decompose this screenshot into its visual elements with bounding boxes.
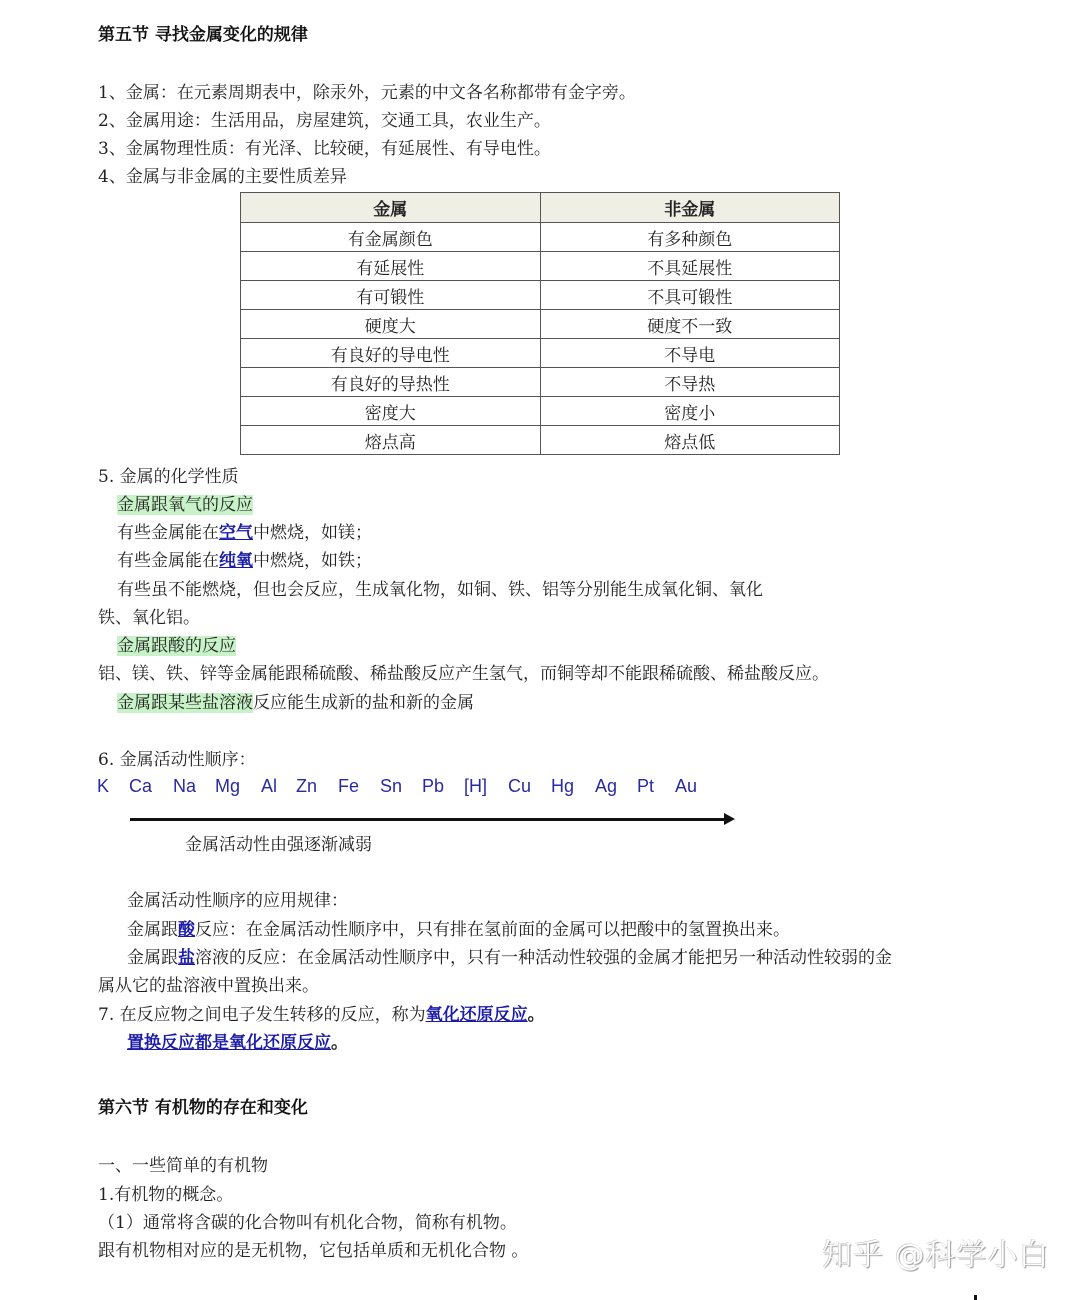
- element-symbol: Mg: [215, 776, 240, 797]
- text: 金属跟: [127, 948, 178, 968]
- watermark: 知乎 @科学小白: [822, 1230, 1050, 1274]
- rules-title: 金属活动性顺序的应用规律：: [127, 887, 348, 915]
- oxygen-reaction-heading: 金属跟氧气的反应: [117, 491, 253, 519]
- highlight: 金属跟氧气的反应: [117, 495, 253, 515]
- arrow-label: 金属活动性由强逐渐减弱: [185, 831, 372, 859]
- text: 溶液的反应：在金属活动性顺序中，只有一种活动性较强的金属才能把另一种活动性较弱的…: [195, 948, 892, 968]
- cell-metal: 有延展性: [241, 252, 541, 281]
- cell-metal: 有可锻性: [241, 281, 541, 310]
- section-6-item-1-2: 跟有机物相对应的是无机物，它包括单质和无机化合物 。: [98, 1237, 528, 1265]
- link-redox[interactable]: 氧化还原反应: [426, 1005, 528, 1025]
- link-air[interactable]: 空气: [219, 523, 253, 543]
- cell-nonmetal: 不具可锻性: [540, 281, 840, 310]
- cell-metal: 有良好的导电性: [241, 339, 541, 368]
- link-acid[interactable]: 酸: [178, 920, 195, 940]
- activity-series-title: 6. 金属活动性顺序：: [98, 746, 256, 774]
- metal-nonmetal-table: 金属 非金属 有金属颜色 有多种颜色 有延展性 不具延展性 有可锻性 不具可锻性…: [240, 192, 840, 455]
- cell-metal: 有金属颜色: [241, 223, 541, 252]
- cell-metal: 密度大: [241, 397, 541, 426]
- acid-reaction-line: 铝、镁、铁、锌等金属能跟稀硫酸、稀盐酸反应产生氢气，而铜等却不能跟稀硫酸、稀盐酸…: [98, 660, 829, 688]
- table-row: 密度大 密度小: [241, 397, 840, 426]
- element-symbol: Al: [261, 776, 277, 797]
- table-row: 有金属颜色 有多种颜色: [241, 223, 840, 252]
- table-row: 硬度大 硬度不一致: [241, 310, 840, 339]
- highlight: 金属跟酸的反应: [117, 636, 236, 656]
- link-pure-oxygen[interactable]: 纯氧: [219, 551, 253, 571]
- table-row: 熔点高 熔点低: [241, 426, 840, 455]
- oxygen-line-1: 有些金属能在空气中燃烧，如镁；: [117, 519, 372, 547]
- cell-nonmetal: 不导热: [540, 368, 840, 397]
- cell-nonmetal: 有多种颜色: [540, 223, 840, 252]
- cell-nonmetal: 不导电: [540, 339, 840, 368]
- text: 。: [331, 1033, 348, 1053]
- text: 反应能生成新的盐和新的金属: [253, 693, 474, 713]
- element-symbol: Pb: [422, 776, 444, 797]
- rule-salt: 金属跟盐溶液的反应：在金属活动性顺序中，只有一种活动性较强的金属才能把另一种活动…: [127, 944, 892, 972]
- text: 7. 在反应物之间电子发生转移的反应，称为: [98, 1005, 426, 1025]
- link-displacement-redox[interactable]: 置换反应都是氧化还原反应: [127, 1033, 331, 1053]
- header-nonmetal: 非金属: [540, 193, 840, 223]
- text: 有些金属能在: [117, 523, 219, 543]
- rule-salt-cont: 属从它的盐溶液中置换出来。: [98, 972, 319, 1000]
- cell-nonmetal: 硬度不一致: [540, 310, 840, 339]
- element-symbol: [H]: [464, 776, 487, 797]
- section-6-title: 第六节 有机物的存在和变化: [98, 1093, 308, 1118]
- cell-metal: 有良好的导热性: [241, 368, 541, 397]
- arrow-right-icon: [724, 813, 735, 825]
- element-symbol: Na: [173, 776, 196, 797]
- text: 中燃烧，如镁；: [253, 523, 372, 543]
- element-symbol: Zn: [296, 776, 317, 797]
- element-symbol: Fe: [338, 776, 359, 797]
- item-1-text: 1、金属：在元素周期表中，除汞外，元素的中文各名称都带有金字旁。: [98, 79, 636, 107]
- oxygen-line-2: 有些金属能在纯氧中燃烧，如铁；: [117, 547, 372, 575]
- element-symbol: Ca: [129, 776, 152, 797]
- header-metal: 金属: [241, 193, 541, 223]
- table-row: 有良好的导电性 不导电: [241, 339, 840, 368]
- cell-nonmetal: 不具延展性: [540, 252, 840, 281]
- text: 金属跟: [127, 920, 178, 940]
- highlight: 金属跟某些盐溶液: [117, 693, 253, 713]
- oxygen-line-3-cont: 铁、氧化铝。: [98, 604, 200, 632]
- chem-properties-title: 5. 金属的化学性质: [98, 463, 239, 491]
- element-symbol: K: [97, 776, 109, 797]
- text: 。: [528, 1005, 545, 1025]
- cell-nonmetal: 密度小: [540, 397, 840, 426]
- element-symbol: Sn: [380, 776, 402, 797]
- table-row: 有可锻性 不具可锻性: [241, 281, 840, 310]
- page-mark: [974, 1295, 977, 1300]
- cell-metal: 硬度大: [241, 310, 541, 339]
- table-row: 有延展性 不具延展性: [241, 252, 840, 281]
- redox-line-2: 置换反应都是氧化还原反应。: [127, 1029, 348, 1057]
- element-symbol: Hg: [551, 776, 574, 797]
- text: 有些金属能在: [117, 551, 219, 571]
- cell-nonmetal: 熔点低: [540, 426, 840, 455]
- redox-line: 7. 在反应物之间电子发生转移的反应，称为氧化还原反应。: [98, 1001, 545, 1029]
- element-symbol: Pt: [637, 776, 654, 797]
- text: 反应：在金属活动性顺序中，只有排在氢前面的金属可以把酸中的氢置换出来。: [195, 920, 790, 940]
- element-symbol: Ag: [595, 776, 617, 797]
- rule-acid: 金属跟酸反应：在金属活动性顺序中，只有排在氢前面的金属可以把酸中的氢置换出来。: [127, 916, 790, 944]
- table-header-row: 金属 非金属: [241, 193, 840, 223]
- cell-metal: 熔点高: [241, 426, 541, 455]
- acid-reaction-heading: 金属跟酸的反应: [117, 632, 236, 660]
- arrow-line: [130, 818, 726, 821]
- oxygen-line-3: 有些虽不能燃烧，但也会反应，生成氧化物，如铜、铁、铝等分别能生成氧化铜、氧化: [117, 576, 763, 604]
- link-salt[interactable]: 盐: [178, 948, 195, 968]
- section-6-item-1: 1.有机物的概念。: [98, 1181, 233, 1209]
- element-symbol: Cu: [508, 776, 531, 797]
- element-symbol: Au: [675, 776, 697, 797]
- section-6-subtitle: 一、一些简单的有机物: [98, 1152, 268, 1180]
- table-row: 有良好的导热性 不导热: [241, 368, 840, 397]
- text: 中燃烧，如铁；: [253, 551, 372, 571]
- salt-reaction-line: 金属跟某些盐溶液反应能生成新的盐和新的金属: [117, 689, 474, 717]
- item-2-text: 2、金属用途：生活用品，房屋建筑，交通工具，农业生产。: [98, 107, 551, 135]
- section-6-item-1-1: （1）通常将含碳的化合物叫有机化合物，简称有机物。: [98, 1209, 517, 1237]
- item-4-text: 4、金属与非金属的主要性质差异: [98, 163, 347, 191]
- section-5-title: 第五节 寻找金属变化的规律: [98, 20, 308, 45]
- item-3-text: 3、金属物理性质：有光泽、比较硬，有延展性、有导电性。: [98, 135, 551, 163]
